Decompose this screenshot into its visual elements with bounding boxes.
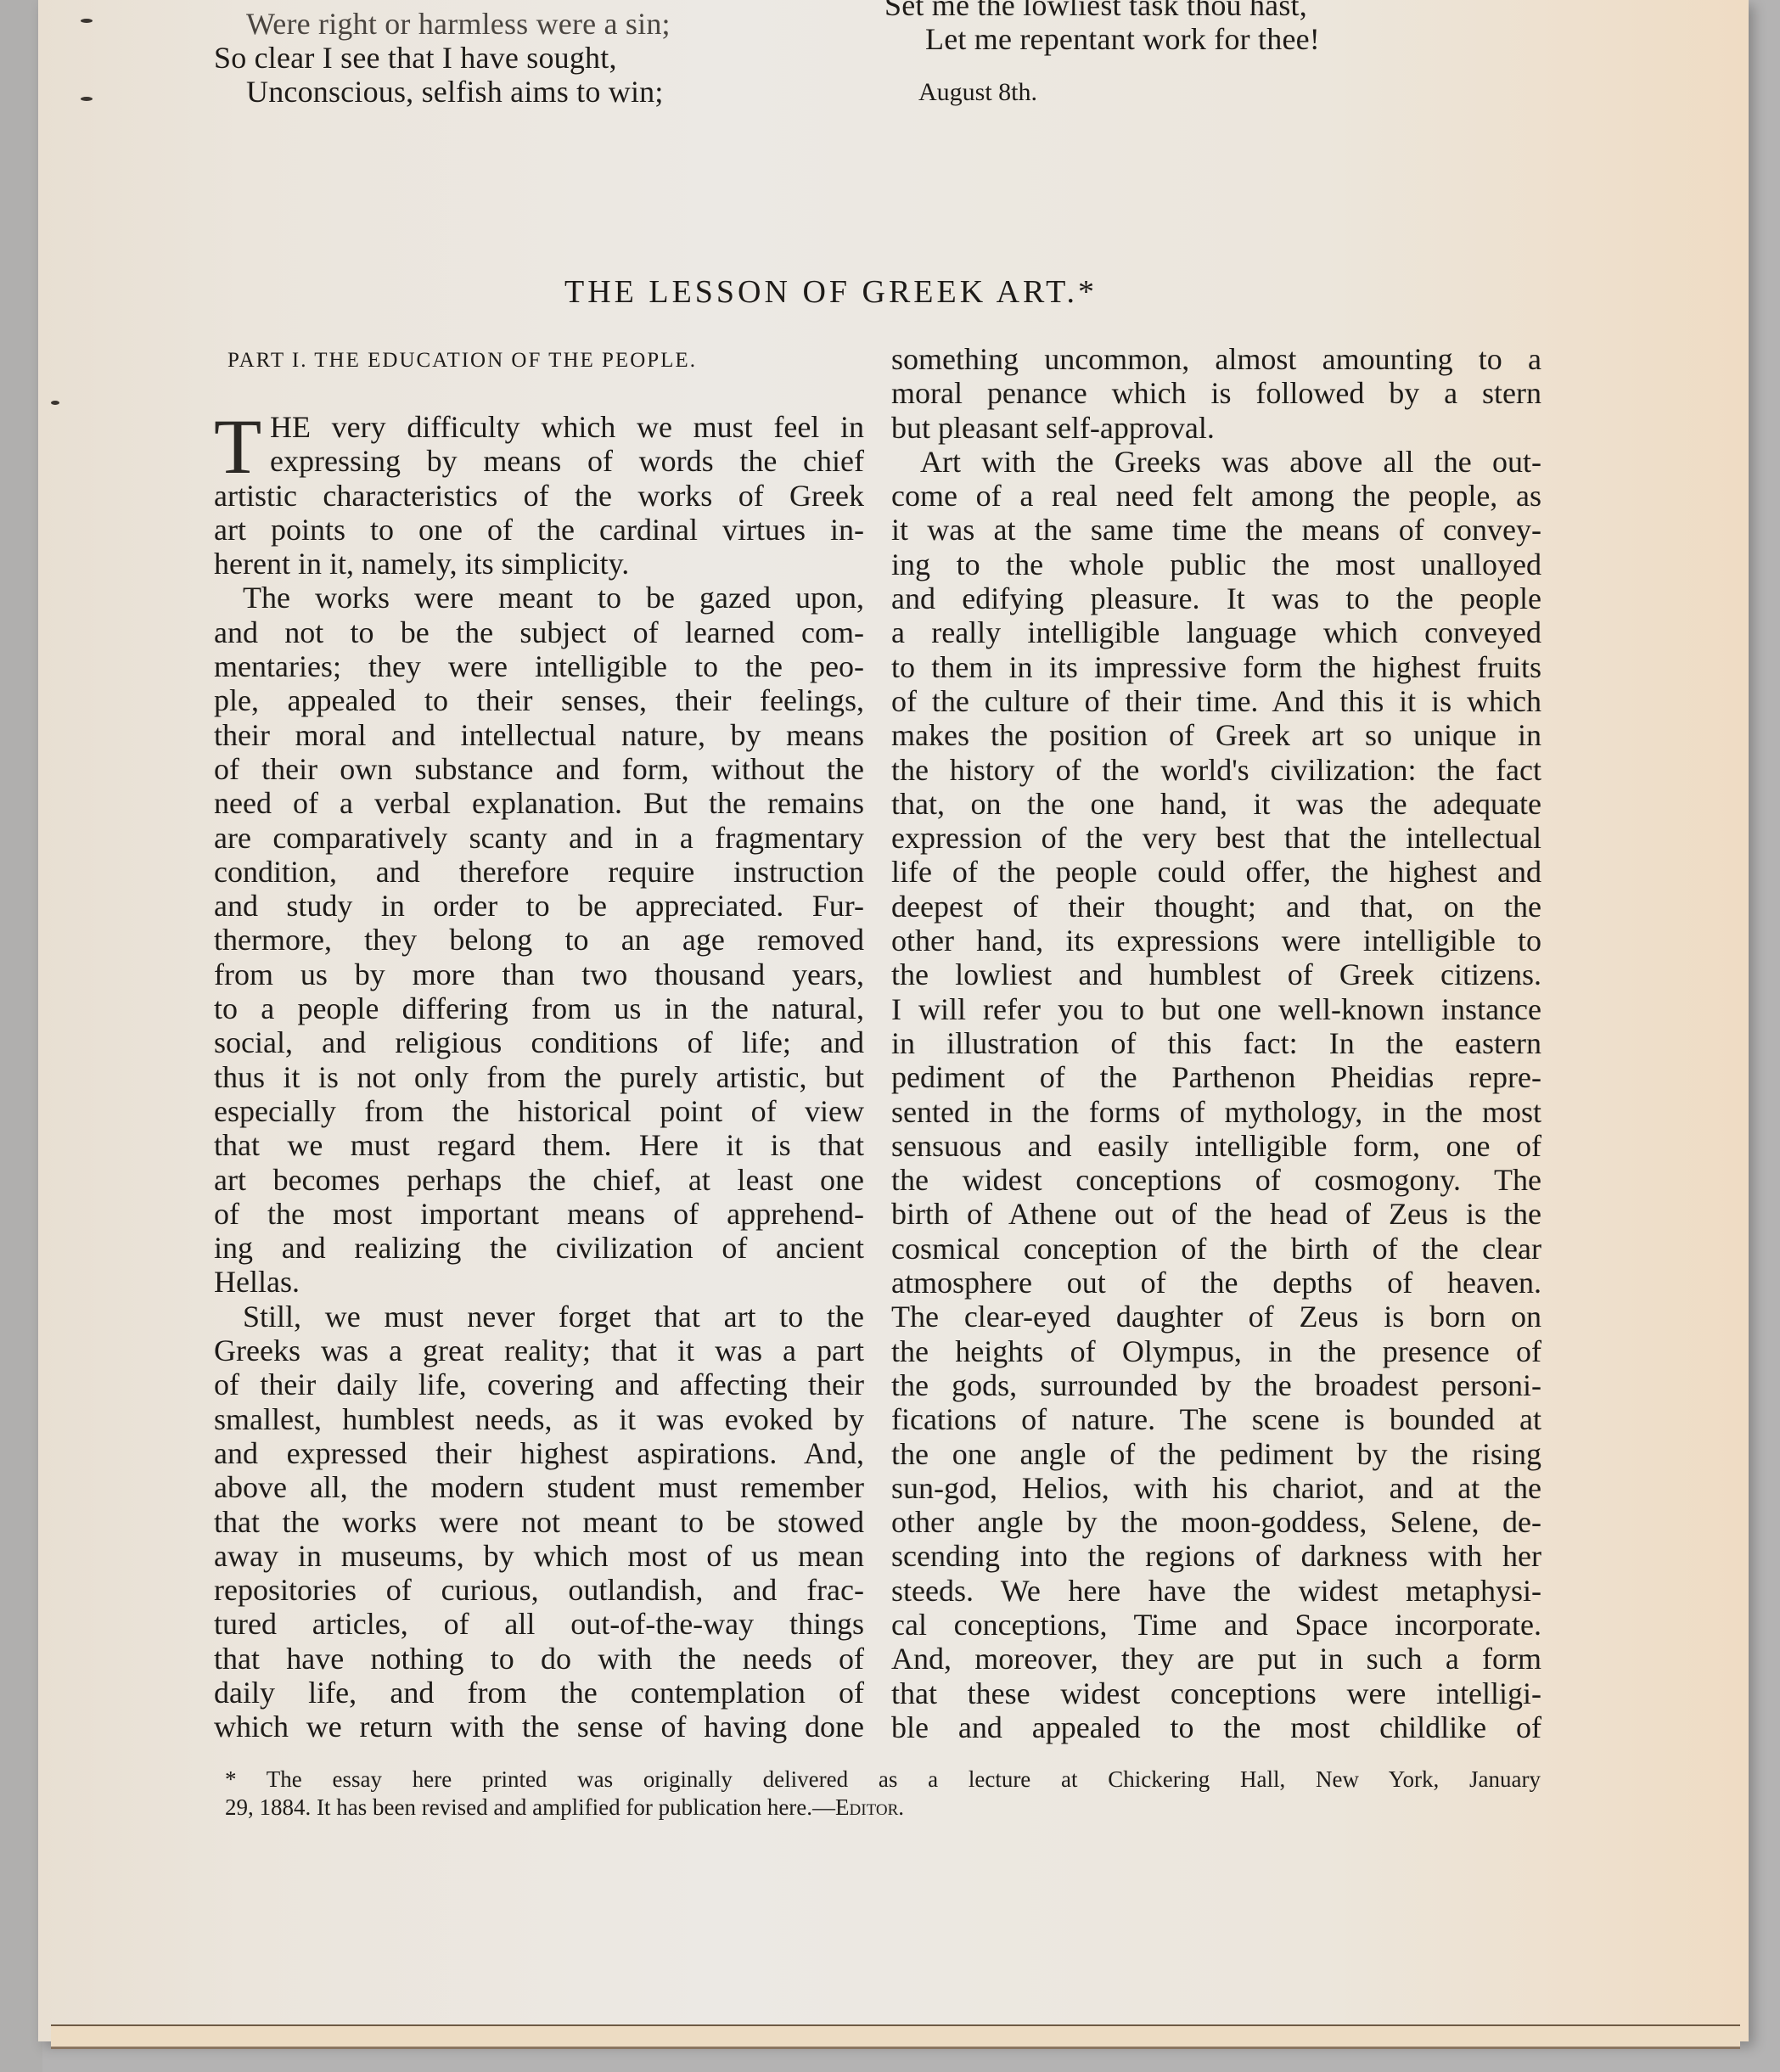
text-line: I will refer you to but one well-known i… <box>891 992 1541 1026</box>
text-line: the heights of Olympus, in the presence … <box>891 1334 1541 1368</box>
text-line: condition, and therefore require instruc… <box>214 855 864 889</box>
footnote-signature: Editor. <box>835 1794 904 1820</box>
text-line: are comparatively scanty and in a fragme… <box>214 821 864 855</box>
part-heading: PART I. THE EDUCATION OF THE PEOPLE. <box>227 349 697 373</box>
text-line: that, on the one hand, it was the adequa… <box>891 787 1541 821</box>
footnote-line: * The essay here printed was originally … <box>225 1766 1541 1794</box>
text-line: ing to the whole public the most unalloy… <box>891 547 1541 581</box>
text-line: Greeks was a great reality; that it was … <box>214 1334 864 1367</box>
text-line: the lowliest and humblest of Greek citiz… <box>891 957 1541 991</box>
text-line: HE very difficulty which we must feel in <box>214 410 864 444</box>
text-line: Art with the Greeks was above all the ou… <box>891 445 1541 479</box>
text-line: makes the position of Greek art so uniqu… <box>891 718 1541 752</box>
page-bottom-edge <box>51 2024 1740 2049</box>
text-line: from us by more than two thousand years, <box>214 957 864 991</box>
text-line: social, and religious conditions of life… <box>214 1025 864 1059</box>
text-line: The clear-eyed daughter of Zeus is born … <box>891 1300 1541 1334</box>
text-line: moral penance which is followed by a ste… <box>891 376 1541 410</box>
text-line: that these widest conceptions were intel… <box>891 1676 1541 1710</box>
text-line: thermore, they belong to an age removed <box>214 923 864 957</box>
text-line: of their own substance and form, without… <box>214 752 864 786</box>
text-line: ble and appealed to the most childlike o… <box>891 1710 1541 1744</box>
text-line: it was at the same time the means of con… <box>891 513 1541 547</box>
right-column: something uncommon, almost amounting to … <box>891 342 1541 1744</box>
text-line: but pleasant self-approval. <box>891 411 1541 445</box>
text-line: that we must regard them. Here it is tha… <box>214 1128 864 1162</box>
article-title: THE LESSON OF GREEK ART.* <box>564 273 1098 311</box>
binding-hole <box>81 97 93 101</box>
text-line: smallest, humblest needs, as it was evok… <box>214 1402 864 1436</box>
text-line: repositories of curious, outlandish, and… <box>214 1573 864 1607</box>
poem-line: Set me the lowliest task thou hast, <box>884 0 1307 22</box>
text-line: the one angle of the pediment by the ris… <box>891 1437 1541 1471</box>
text-line: sented in the forms of mythology, in the… <box>891 1095 1541 1129</box>
text-line: thus it is not only from the purely arti… <box>214 1060 864 1094</box>
text-line: to a people differing from us in the nat… <box>214 991 864 1025</box>
text-line: atmosphere out of the depths of heaven. <box>891 1266 1541 1300</box>
text-line: sensuous and easily intelligible form, o… <box>891 1129 1541 1163</box>
poem-line: Let me repentant work for thee! <box>925 22 1320 56</box>
text-line: which we return with the sense of having… <box>214 1710 864 1744</box>
text-line: of the culture of their time. And this i… <box>891 684 1541 718</box>
poem-line: Unconscious, selfish aims to win; <box>246 75 664 109</box>
text-line: away in museums, by which most of us mea… <box>214 1539 864 1573</box>
text-line: and expressed their highest aspirations.… <box>214 1436 864 1470</box>
poem-date: August 8th. <box>918 78 1037 107</box>
text-line: The works were meant to be gazed upon, <box>214 581 864 615</box>
text-line: art points to one of the cardinal virtue… <box>214 513 864 547</box>
text-line: expression of the very best that the int… <box>891 821 1541 855</box>
text-line: other angle by the moon-goddess, Selene,… <box>891 1505 1541 1539</box>
text-line: mentaries; they were intelligible to the… <box>214 649 864 683</box>
text-line: that have nothing to do with the needs o… <box>214 1642 864 1676</box>
text-line: a really intelligible language which con… <box>891 615 1541 649</box>
text-line: daily life, and from the contemplation o… <box>214 1676 864 1710</box>
footnote-line-2: 29, 1884. It has been revised and amplif… <box>225 1794 1541 1822</box>
text-line: Still, we must never forget that art to … <box>214 1300 864 1334</box>
text-line: and not to be the subject of learned com… <box>214 615 864 649</box>
text-line: ple, appealed to their senses, their fee… <box>214 683 864 717</box>
text-line: in illustration of this fact: In the eas… <box>891 1026 1541 1060</box>
poem-line: So clear I see that I have sought, <box>214 41 617 75</box>
text-line: and study in order to be appreciated. Fu… <box>214 889 864 923</box>
text-line: birth of Athene out of the head of Zeus … <box>891 1197 1541 1231</box>
text-line: to them in its impressive form the highe… <box>891 650 1541 684</box>
scan-background <box>0 0 42 2072</box>
text-line: deepest of their thought; and that, on t… <box>891 890 1541 924</box>
text-line: art becomes perhaps the chief, at least … <box>214 1163 864 1197</box>
text-line: the history of the world's civilization:… <box>891 753 1541 787</box>
text-line: that the works were not meant to be stow… <box>214 1505 864 1539</box>
text-line: expressing by means of words the chief <box>214 444 864 478</box>
text-line: herent in it, namely, its simplicity. <box>214 547 864 581</box>
text-line: cosmical conception of the birth of the … <box>891 1232 1541 1266</box>
text-line: other hand, its expressions were intelli… <box>891 924 1541 957</box>
text-line: ing and realizing the civilization of an… <box>214 1231 864 1265</box>
text-line: and edifying pleasure. It was to the peo… <box>891 581 1541 615</box>
text-line: of the most important means of apprehend… <box>214 1197 864 1231</box>
poem-line: Were right or harmless were a sin; <box>246 7 671 41</box>
text-line: above all, the modern student must remem… <box>214 1470 864 1504</box>
text-line: artistic characteristics of the works of… <box>214 479 864 513</box>
text-line: need of a verbal explanation. But the re… <box>214 786 864 820</box>
text-line: sun-god, Helios, with his chariot, and a… <box>891 1471 1541 1505</box>
text-line: the widest conceptions of cosmogony. The <box>891 1163 1541 1197</box>
text-line: steeds. We here have the widest metaphys… <box>891 1574 1541 1608</box>
binding-hole <box>51 401 59 405</box>
text-line: And, moreover, they are put in such a fo… <box>891 1642 1541 1676</box>
text-line: something uncommon, almost amounting to … <box>891 342 1541 376</box>
text-line: tured articles, of all out-of-the-way th… <box>214 1607 864 1641</box>
footnote-text: 29, 1884. It has been revised and amplif… <box>225 1794 835 1820</box>
text-line: cal conceptions, Time and Space incorpor… <box>891 1608 1541 1642</box>
text-line: life of the people could offer, the high… <box>891 855 1541 889</box>
text-line: of their daily life, covering and affect… <box>214 1367 864 1401</box>
text-line: the gods, surrounded by the broadest per… <box>891 1368 1541 1402</box>
text-line: come of a real need felt among the peopl… <box>891 479 1541 513</box>
text-line: their moral and intellectual nature, by … <box>214 718 864 752</box>
left-column: HE very difficulty which we must feel in… <box>214 410 864 1744</box>
text-line: fications of nature. The scene is bounde… <box>891 1402 1541 1436</box>
binding-hole <box>81 19 93 23</box>
text-line: scending into the regions of darkness wi… <box>891 1539 1541 1573</box>
text-line: pediment of the Parthenon Pheidias repre… <box>891 1060 1541 1094</box>
text-line: especially from the historical point of … <box>214 1094 864 1128</box>
text-line: Hellas. <box>214 1265 864 1299</box>
